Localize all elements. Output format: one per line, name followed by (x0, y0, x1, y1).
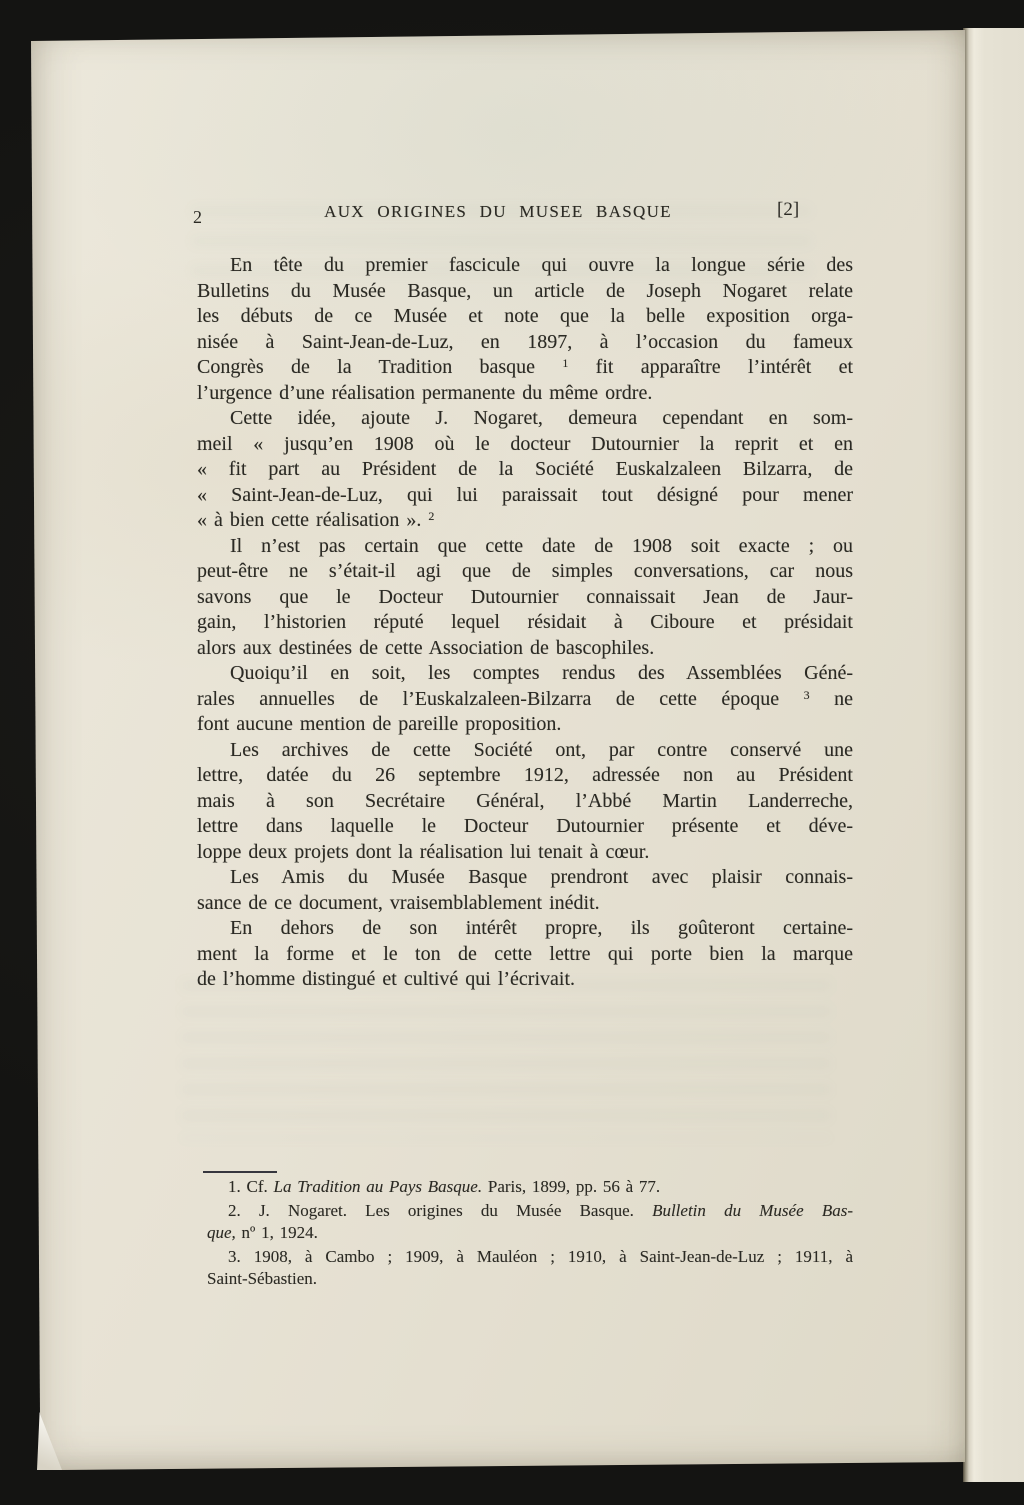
text-line: En tête du premier fascicule qui ouvre l… (197, 253, 853, 279)
text-line: En dehors de son intérêt propre, ils goû… (197, 916, 853, 942)
text-line: Bulletins du Musée Basque, un article de… (197, 279, 853, 305)
book-page: 2 AUX ORIGINES DU MUSEE BASQUE [2] En tê… (31, 30, 965, 1470)
text-line: que, nº 1, 1924. (207, 1222, 853, 1244)
text-line: « Saint-Jean-de-Luz, qui lui paraissait … (197, 483, 853, 509)
text-line: ment la forme et le ton de cette lettre … (197, 942, 853, 968)
body-text: En tête du premier fascicule qui ouvre l… (197, 253, 853, 993)
text-line: nisée à Saint-Jean-de-Luz, en 1897, à l’… (197, 330, 853, 356)
italic-text: Bulletin du Musée Bas- (652, 1201, 853, 1220)
text-line: alors aux destinées de cette Association… (197, 636, 853, 662)
scan-background: 2 AUX ORIGINES DU MUSEE BASQUE [2] En tê… (0, 0, 1024, 1505)
footnote-ref: 3 (804, 688, 810, 702)
text-line: peut-être ne s’était-il agi que de simpl… (197, 559, 853, 585)
text-line: loppe deux projets dont la réalisation l… (197, 840, 853, 866)
text-line: 3. 1908, à Cambo ; 1909, à Mauléon ; 191… (207, 1246, 853, 1268)
paragraph: Quoiqu’il en soit, les comptes rendus de… (197, 661, 853, 738)
paragraph: 2. J. Nogaret. Les origines du Musée Bas… (207, 1200, 853, 1244)
text-line: sance de ce document, vraisemblablement … (197, 891, 853, 917)
italic-text: La Tradition au Pays Basque. (274, 1177, 483, 1196)
adjacent-page-edge (963, 28, 1024, 1482)
show-through-texture (181, 980, 831, 1140)
text-line: lettre dans laquelle le Docteur Dutourni… (197, 814, 853, 840)
text-line: l’urgence d’une réalisation permanente d… (197, 381, 853, 407)
column-reference: [2] (777, 200, 799, 219)
text-line: Congrès de la Tradition basque 1 fit app… (197, 355, 853, 381)
text-line: 1. Cf. La Tradition au Pays Basque. Pari… (207, 1176, 853, 1198)
text-line: « fit part au Président de la Société Eu… (197, 457, 853, 483)
text-line: Les archives de cette Société ont, par c… (197, 738, 853, 764)
text-line: font aucune mention de pareille proposit… (197, 712, 853, 738)
paragraph: Cette idée, ajoute J. Nogaret, demeura c… (197, 406, 853, 534)
paragraph: 3. 1908, à Cambo ; 1909, à Mauléon ; 191… (207, 1246, 853, 1290)
footnote-ref: 2 (428, 509, 434, 523)
text-line: gain, l’historien réputé lequel résidait… (197, 610, 853, 636)
text-line: « à bien cette réalisation ». 2 (197, 508, 853, 534)
footnote-ref: 1 (562, 356, 568, 370)
text-line: Il n’est pas certain que cette date de 1… (197, 534, 853, 560)
text-line: mais à son Secrétaire Général, l’Abbé Ma… (197, 789, 853, 815)
text-line: de l’homme distingué et cultivé qui l’éc… (197, 967, 853, 993)
text-line: 2. J. Nogaret. Les origines du Musée Bas… (207, 1200, 853, 1222)
text-line: rales annuelles de l’Euskalzaleen-Bilzar… (197, 687, 853, 713)
footnotes: 1. Cf. La Tradition au Pays Basque. Pari… (207, 1176, 853, 1292)
footnote-separator (203, 1171, 277, 1173)
text-line: Saint-Sébastien. (207, 1268, 853, 1290)
text-line: Les Amis du Musée Basque prendront avec … (197, 865, 853, 891)
paragraph: Il n’est pas certain que cette date de 1… (197, 534, 853, 662)
text-line: Cette idée, ajoute J. Nogaret, demeura c… (197, 406, 853, 432)
text-line: lettre, datée du 26 septembre 1912, adre… (197, 763, 853, 789)
paragraph: 1. Cf. La Tradition au Pays Basque. Pari… (207, 1176, 853, 1198)
italic-text: que, (207, 1223, 236, 1242)
paragraph: En dehors de son intérêt propre, ils goû… (197, 916, 853, 993)
text-line: meil « jusqu’en 1908 où le docteur Dutou… (197, 432, 853, 458)
paragraph: Les Amis du Musée Basque prendront avec … (197, 865, 853, 916)
paragraph: En tête du premier fascicule qui ouvre l… (197, 253, 853, 406)
text-line: savons que le Docteur Dutournier connais… (197, 585, 853, 611)
text-line: Quoiqu’il en soit, les comptes rendus de… (197, 661, 853, 687)
text-line: les débuts de ce Musée et note que la be… (197, 304, 853, 330)
running-title: AUX ORIGINES DU MUSEE BASQUE (31, 202, 965, 222)
paragraph: Les archives de cette Société ont, par c… (197, 738, 853, 866)
